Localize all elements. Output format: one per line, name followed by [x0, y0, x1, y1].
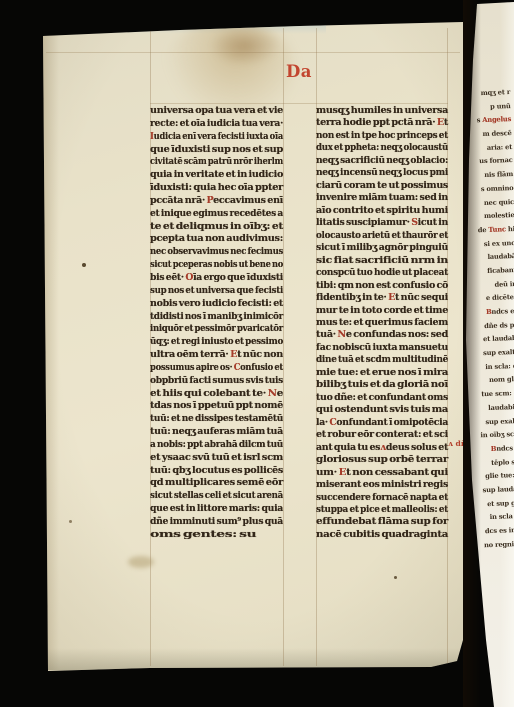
- text-line: obpbriū facti sumus svis tuis: [150, 375, 283, 388]
- text-line: nec observavimus nec fecimus: [150, 246, 283, 259]
- text-line: tuū: neqʒ auferas miām tuā: [150, 426, 283, 439]
- text-line: um· Et non cessabant qui: [316, 467, 448, 479]
- text-line: pcepta tua non audivimus:: [150, 233, 283, 246]
- text-line: bilibʒ tuis et da gloriā noī: [316, 379, 448, 391]
- text-line: tuū: qbʒ locutus es pollicēs: [150, 465, 283, 478]
- text-line: sicut stellas celi et sicut arenā: [150, 490, 283, 503]
- parchment-stain: [210, 26, 280, 66]
- text-line: sicut ī milibʒ agnōr pinguiū: [316, 242, 448, 254]
- text-line: tuo dñe: et confundant oms: [316, 392, 448, 404]
- text-line: tdidisti nos ī manibʒ inimicōr: [150, 311, 283, 324]
- text-line: sic fiat sacrificiū nrm in: [316, 255, 448, 267]
- text-line: conspcū tuo hodie ut placeat: [316, 267, 448, 279]
- text-line: invenire miām tuam: sed in: [316, 192, 448, 204]
- manuscript-page: Da universa opa tua vera et vierecte: et…: [0, 0, 514, 707]
- text-line: mur te in toto corde et time: [316, 305, 448, 317]
- running-title: Da: [286, 62, 312, 81]
- text-line: īduxisti: quia hec oīa ppter: [150, 182, 283, 195]
- ruling-line-horizontal: [46, 52, 460, 53]
- text-line: nobis vero iudicio fecisti: et: [150, 298, 283, 311]
- text-line: recte: et oīa iudicia tua vera·: [150, 118, 283, 131]
- text-line: non est in tpe hoc princeps et: [316, 130, 448, 142]
- ink-speck: [394, 576, 397, 579]
- photo-backdrop: mqʒ et rp unūs Angelusm descēaria: etus …: [0, 0, 514, 707]
- text-line: succendere fornacē napta et: [316, 492, 448, 504]
- text-line: sup nos et universa que fecisti: [150, 285, 283, 298]
- text-line: dñe imminuti sum⁹ plus quā: [150, 516, 283, 529]
- text-line: dine tuā et scdm multitudinē: [316, 354, 448, 366]
- text-line: gloriosus sup orbē terrar: [316, 454, 448, 466]
- text-line: dux et ppheta: neqʒ olocaustū: [316, 142, 448, 154]
- text-line: neqʒ incensū neqʒ locus pmi: [316, 167, 448, 179]
- text-line: tibi: qm non est confusio cō: [316, 280, 448, 292]
- text-line: ultra oēm terrā· Et nūc non: [150, 349, 283, 362]
- text-line: aīo contrito et spiritu humi: [316, 205, 448, 217]
- text-line: et hiis qui colebant te· Ne: [150, 388, 283, 401]
- text-line: la· Confundant ī omipotēcia: [316, 417, 448, 429]
- text-line: sicut pceperas nobis ut bene no: [150, 259, 283, 272]
- next-page-text-line: sup laudabi: [476, 485, 514, 500]
- text-line: qui ostendunt svis tuis ma: [316, 404, 448, 416]
- text-line: stuppa et pice et malleolis: et: [316, 504, 448, 516]
- text-column-right: musqʒ humiles in universaterra hodie ppt…: [316, 105, 448, 541]
- text-line: ciarū coram te ut possimus: [316, 180, 448, 192]
- text-line: ant quia tu esʌdeus solus et: [316, 442, 448, 454]
- text-line: mie tue: et erue nos ī mira: [316, 367, 448, 379]
- next-page-text-line: dcs es in th: [477, 526, 514, 541]
- text-line: quia in veritate et in iudicio: [150, 169, 283, 182]
- text-line: tdas nos ī ppetuū ppt nomē: [150, 400, 283, 413]
- text-line: miserant eos ministri regis: [316, 479, 448, 491]
- text-line: iniquōr et pessimōr pvaricatōr: [150, 323, 283, 336]
- text-line: tuā· Ne confundas nos: sed: [316, 329, 448, 341]
- text-line: ūqʒ: et regi iniusto et pessimo: [150, 336, 283, 349]
- next-page-text-line: glie tue: et: [475, 471, 514, 486]
- text-line: et inique egimus recedētes a: [150, 208, 283, 221]
- text-line: olocausto arietū et thaurōr et: [316, 230, 448, 242]
- text-line: effundebat flāma sup for: [316, 516, 448, 528]
- text-line: nacē cubitis quadraginta: [316, 529, 448, 541]
- ink-speck: [82, 263, 86, 267]
- text-line: neqʒ sacrificiū neqʒ oblacio:: [316, 155, 448, 167]
- text-line: civitatē scām patrū nrōr iherlm: [150, 156, 283, 169]
- next-page-text-line: no regni tui: [478, 539, 514, 554]
- text-line: qd multiplicares semē eōr: [150, 477, 283, 490]
- gutter-crease-shadow: [463, 0, 481, 707]
- text-line: mus te: et querimus faciem: [316, 317, 448, 329]
- text-line: et robur eōr conterat: et sci: [316, 429, 448, 441]
- page-bottom-edge-shading: [43, 648, 463, 670]
- text-line: Iudicia enī vera fecisti iuxta oīa: [150, 131, 283, 144]
- text-column-left: universa opa tua vera et vierecte: et oī…: [150, 105, 283, 542]
- text-line: fidentibʒ in te· Et nūc sequi: [316, 292, 448, 304]
- text-line: pccāta nrā· Peccavimus enī: [150, 195, 283, 208]
- text-line: que est in littore maris: quia: [150, 503, 283, 516]
- text-line: oms gentes: su: [150, 529, 283, 542]
- ink-speck: [69, 520, 72, 523]
- page-left-edge-shading: [43, 30, 59, 670]
- next-page-text-line: et sup glio: [476, 498, 514, 513]
- text-line: possumus apire os· Confusio et: [150, 362, 283, 375]
- text-line: musqʒ humiles in universa: [316, 105, 448, 117]
- text-line: bis eēt· Oīa ergo que īduxisti: [150, 272, 283, 285]
- text-line: litatis suscipiamur· Sicut in: [316, 217, 448, 229]
- text-line: a nobis: ppt abrahā dilcm tuū: [150, 439, 283, 452]
- text-line: tuū: et ne dissipes testamētū: [150, 413, 283, 426]
- text-line: que īduxisti sup nos et sup: [150, 144, 283, 157]
- text-line: te et deliqmus in oībʒ: et: [150, 221, 283, 234]
- ruling-line-vertical: [283, 28, 284, 666]
- next-page-text-line: in scla Bn: [477, 512, 514, 527]
- text-line: et ysaac svū tuū et isrl scm: [150, 452, 283, 465]
- text-line: universa opa tua vera et vie: [150, 105, 283, 118]
- text-line: terra hodie ppt pctā nrā· Et: [316, 117, 448, 129]
- ruling-line-horizontal: [150, 103, 448, 104]
- text-line: fac nobiscū iuxta mansuetu: [316, 342, 448, 354]
